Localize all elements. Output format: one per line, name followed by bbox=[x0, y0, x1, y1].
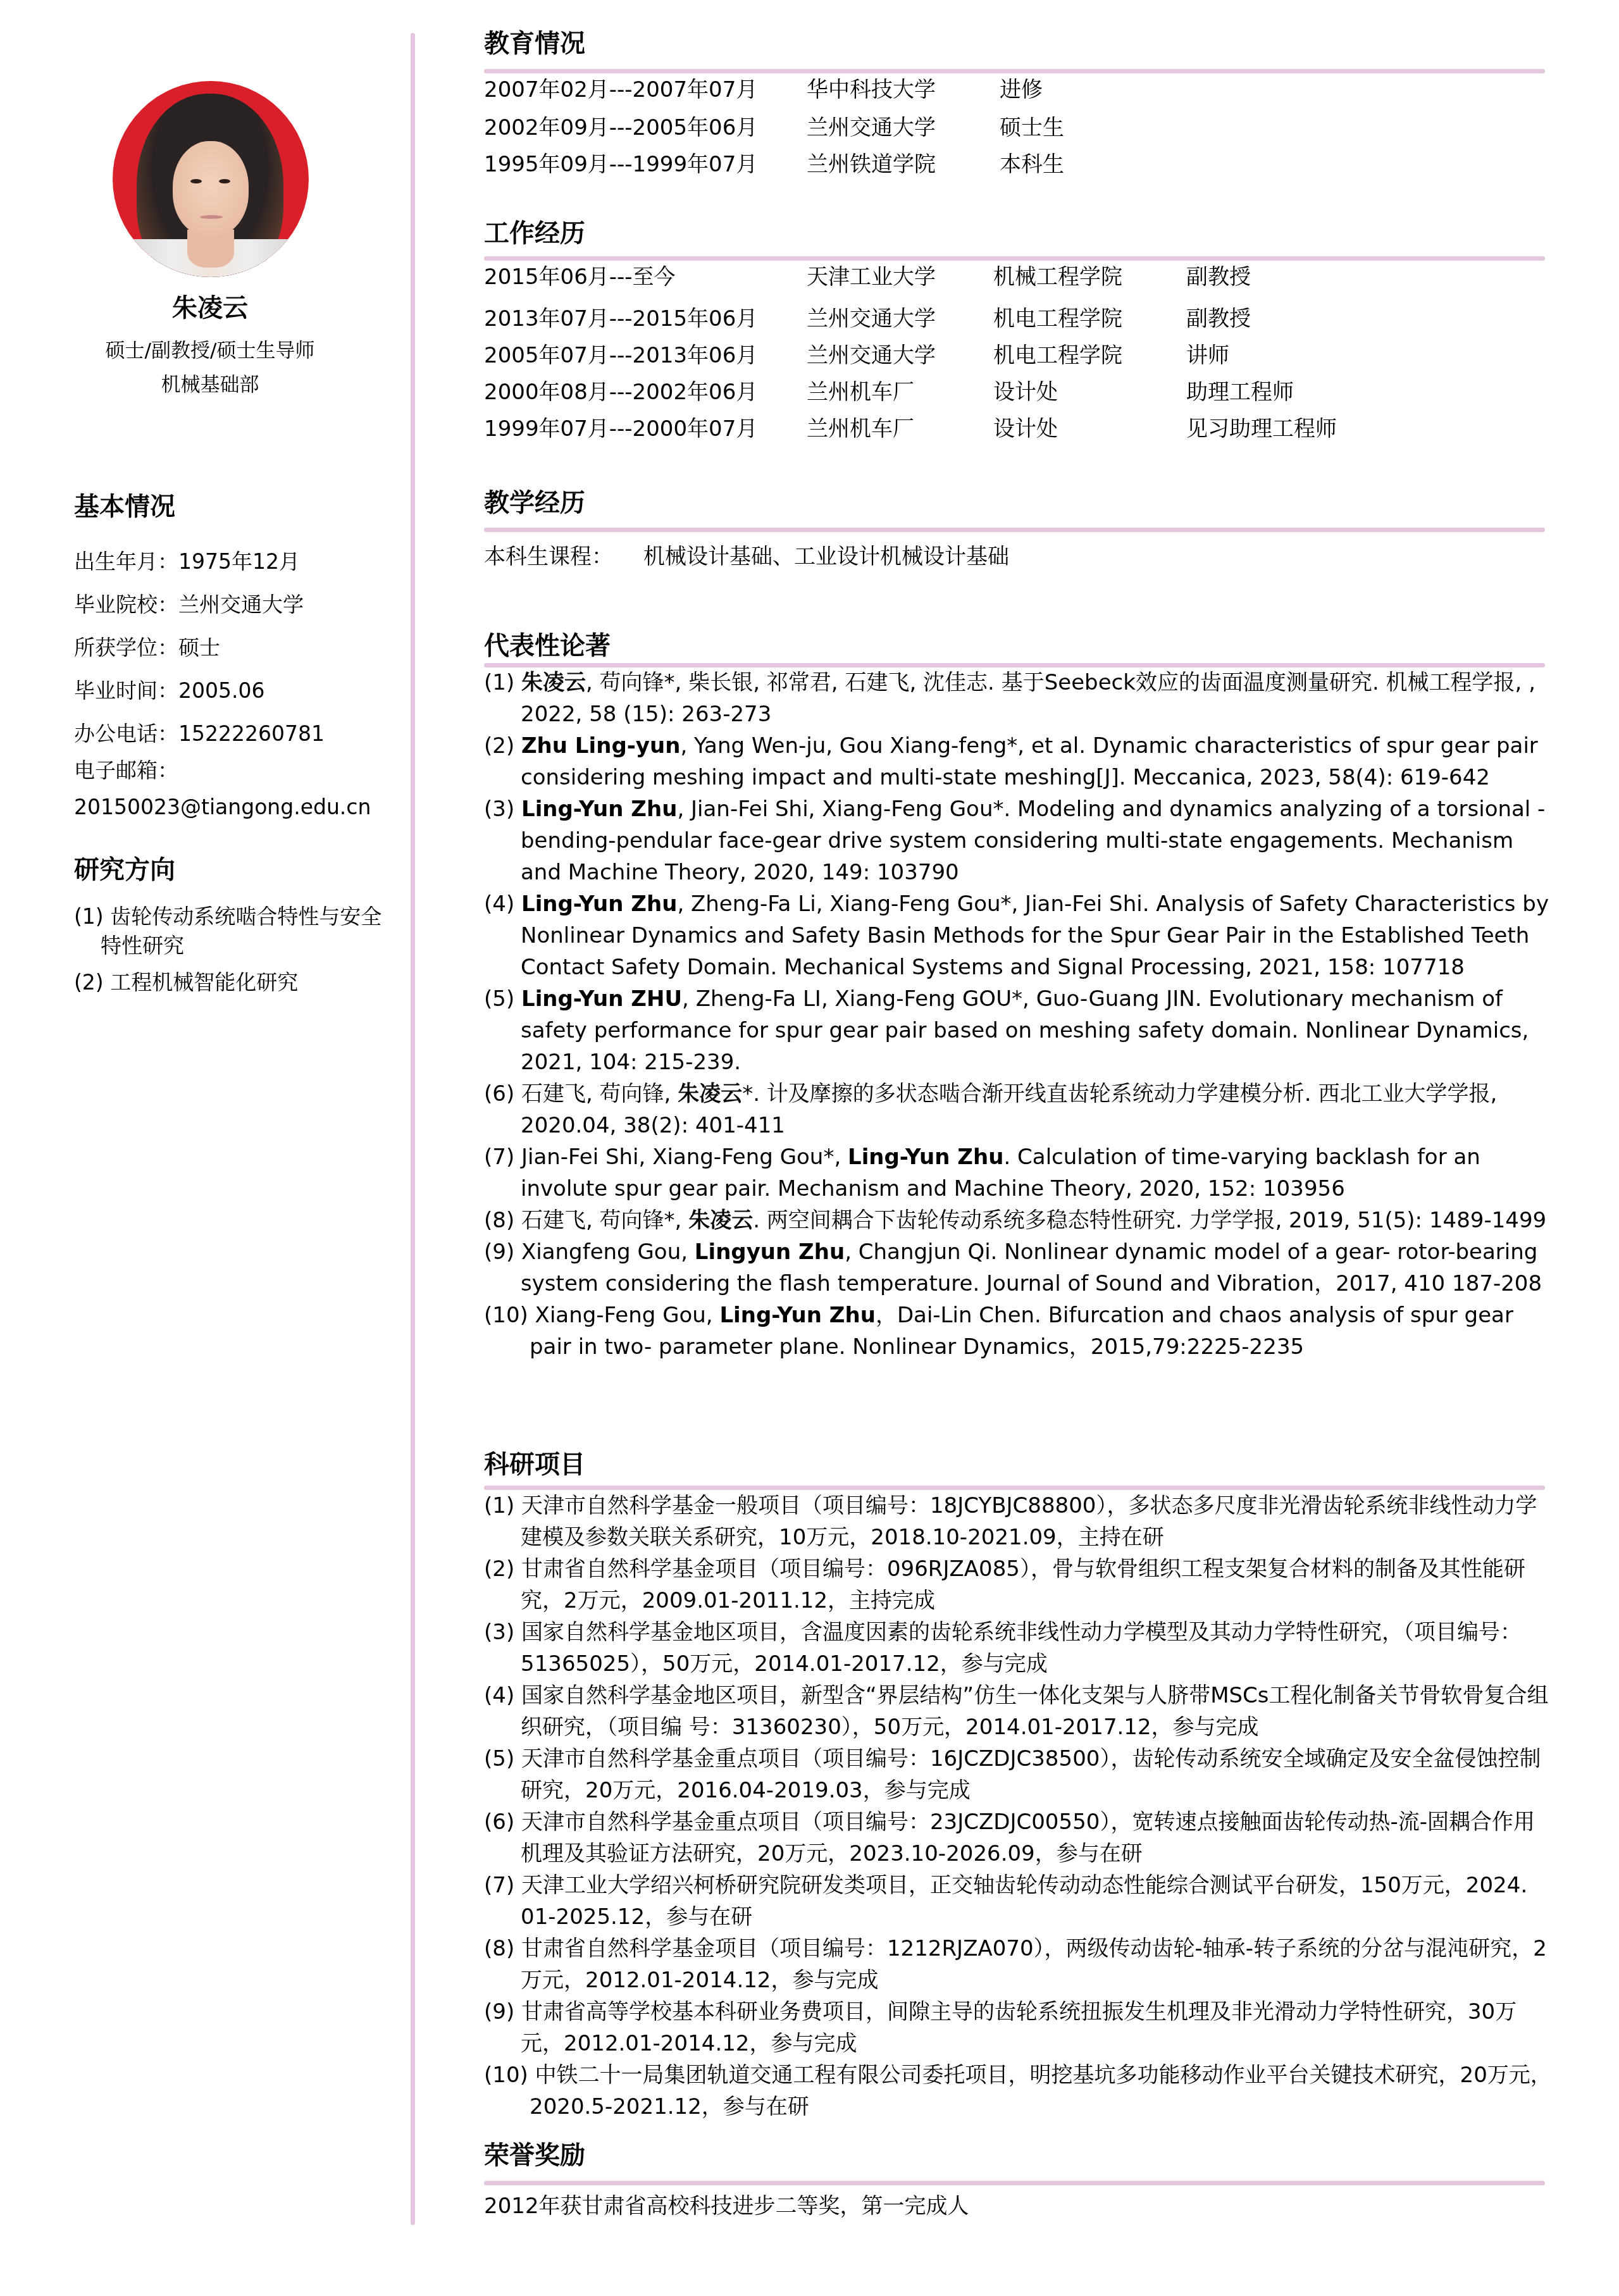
basic-row-email-label: 电子邮箱： bbox=[74, 757, 178, 785]
research-item: (1) 齿轮传动系统啮合特性与安全特性研究 bbox=[74, 902, 398, 960]
paper-number: (7) bbox=[484, 1145, 521, 1170]
work-period: 2005年07月---2013年06月 bbox=[484, 342, 757, 369]
project-item: (10) 中铁二十一局集团轨道交通工程有限公司委托项目，明挖基坑多功能移动作业平… bbox=[484, 2059, 1553, 2123]
work-period: 2015年06月---至今 bbox=[484, 263, 676, 291]
paper-number: (9) bbox=[484, 1239, 521, 1265]
work-position: 见习助理工程师 bbox=[1186, 415, 1337, 443]
project-item: (9) 甘肃省高等学校基本科研业务费项目，间隙主导的齿轮系统扭振发生机理及非光滑… bbox=[484, 1996, 1553, 2059]
edu-degree: 硕士生 bbox=[1000, 114, 1064, 142]
paper-authors-pre: Jian-Fei Shi, Xiang-Feng Gou*, bbox=[521, 1145, 848, 1170]
edu-period: 2002年09月---2005年06月 bbox=[484, 114, 757, 142]
research-heading: 研究方向 bbox=[74, 854, 175, 886]
paper-author-highlight: Ling-Yun ZHU bbox=[521, 986, 682, 1012]
paper-number: (8) bbox=[484, 1208, 521, 1233]
paper-author-highlight: Zhu Ling-yun bbox=[521, 733, 680, 759]
paper-item: (1) 朱凌云, 苟向锋*, 柴长银, 祁常君, 石建飞, 沈佳志. 基于See… bbox=[484, 667, 1553, 730]
edu-degree: 进修 bbox=[1000, 76, 1043, 104]
section-rule bbox=[484, 2181, 1545, 2185]
paper-citation: . 两空间耦合下齿轮传动系统多稳态特性研究. 力学学报, 2019, 51(5)… bbox=[753, 1208, 1546, 1233]
work-position: 助理工程师 bbox=[1186, 378, 1294, 406]
work-org: 兰州交通大学 bbox=[807, 342, 936, 369]
work-period: 2000年08月---2002年06月 bbox=[484, 378, 757, 406]
basic-row-graduation: 毕业时间：2005.06 bbox=[74, 677, 264, 705]
project-item: (7) 天津工业大学绍兴柯桥研究院研发类项目，正交轴齿轮传动动态性能综合测试平台… bbox=[484, 1870, 1553, 1933]
paper-item: (10) Xiang-Feng Gou, Ling-Yun Zhu，Dai-Li… bbox=[484, 1300, 1553, 1363]
work-org: 兰州机车厂 bbox=[807, 378, 914, 406]
teaching-row: 本科生课程：机械设计基础、工业设计机械设计基础 bbox=[484, 543, 1009, 571]
paper-number: (6) bbox=[484, 1081, 521, 1107]
teaching-value: 机械设计基础、工业设计机械设计基础 bbox=[643, 544, 1009, 569]
photo-mouth bbox=[200, 215, 223, 219]
work-heading: 工作经历 bbox=[484, 218, 585, 249]
basic-value: 硕士 bbox=[178, 635, 220, 660]
paper-item: (7) Jian-Fei Shi, Xiang-Feng Gou*, Ling-… bbox=[484, 1141, 1553, 1205]
paper-number: (2) bbox=[484, 733, 521, 759]
work-period: 2013年07月---2015年06月 bbox=[484, 305, 757, 333]
teaching-label: 本科生课程： bbox=[484, 544, 613, 569]
paper-item: (2) Zhu Ling-yun, Yang Wen-ju, Gou Xiang… bbox=[484, 730, 1553, 793]
paper-author-highlight: Ling-Yun Zhu bbox=[848, 1145, 1003, 1170]
work-position: 副教授 bbox=[1186, 305, 1251, 333]
edu-school: 兰州交通大学 bbox=[807, 114, 936, 142]
edu-school: 兰州铁道学院 bbox=[807, 151, 936, 178]
basic-label: 毕业院校： bbox=[74, 592, 178, 617]
paper-authors-pre: Xiang-Feng Gou, bbox=[535, 1303, 720, 1328]
paper-item: (4) Ling-Yun Zhu, Zheng-Fa Li, Xiang-Fen… bbox=[484, 888, 1553, 983]
project-item: (8) 甘肃省自然科学基金项目（项目编号：1212RJZA070），两级传动齿轮… bbox=[484, 1933, 1553, 1996]
paper-author-highlight: 朱凌云 bbox=[688, 1208, 753, 1233]
paper-item: (6) 石建飞, 苟向锋, 朱凌云*. 计及摩擦的多状态啮合渐开线直齿轮系统动力… bbox=[484, 1078, 1553, 1141]
paper-number: (4) bbox=[484, 891, 521, 917]
honors-heading: 荣誉奖励 bbox=[484, 2140, 585, 2171]
teaching-heading: 教学经历 bbox=[484, 487, 585, 519]
basic-value: 2005.06 bbox=[178, 678, 264, 703]
sidebar: 朱凌云 硕士/副教授/硕士生导师 机械基础部 基本情况 出生年月：1975年12… bbox=[0, 0, 405, 2296]
edu-period: 1995年09月---1999年07月 bbox=[484, 151, 757, 178]
section-rule bbox=[484, 1486, 1545, 1490]
work-org: 兰州交通大学 bbox=[807, 305, 936, 333]
section-rule bbox=[484, 528, 1545, 532]
section-rule bbox=[484, 256, 1545, 261]
basic-row-school: 毕业院校：兰州交通大学 bbox=[74, 591, 304, 619]
papers-list: (1) 朱凌云, 苟向锋*, 柴长银, 祁常君, 石建飞, 沈佳志. 基于See… bbox=[484, 667, 1553, 1363]
work-org: 天津工业大学 bbox=[807, 263, 936, 291]
paper-item: (3) Ling-Yun Zhu, Jian-Fei Shi, Xiang-Fe… bbox=[484, 793, 1553, 888]
photo-eye bbox=[190, 179, 202, 183]
section-rule bbox=[484, 69, 1545, 73]
basic-label: 毕业时间： bbox=[74, 678, 178, 703]
paper-author-highlight: Ling-Yun Zhu bbox=[521, 797, 677, 822]
basic-label: 所获学位： bbox=[74, 635, 178, 660]
profile-photo bbox=[113, 81, 309, 277]
paper-author-highlight: 朱凌云 bbox=[521, 670, 586, 695]
edu-degree: 本科生 bbox=[1000, 151, 1064, 178]
profile-title: 硕士/副教授/硕士生导师 bbox=[0, 338, 420, 363]
work-org: 兰州机车厂 bbox=[807, 415, 914, 443]
email-link[interactable]: 20150023@tiangong.edu.cn bbox=[74, 793, 371, 821]
work-period: 1999年07月---2000年07月 bbox=[484, 415, 757, 443]
photo-eye bbox=[219, 179, 230, 183]
work-dept: 设计处 bbox=[993, 378, 1058, 406]
project-item: (6) 天津市自然科学基金重点项目（项目编号：23JCZDJC00550），宽转… bbox=[484, 1806, 1553, 1870]
work-position: 讲师 bbox=[1186, 342, 1229, 369]
paper-author-highlight: Lingyun Zhu bbox=[695, 1239, 845, 1265]
paper-number: (1) bbox=[484, 670, 521, 695]
project-item: (4) 国家自然科学基金地区项目，新型含“界层结构”仿生一体化支架与人脐带MSC… bbox=[484, 1680, 1553, 1743]
profile-department: 机械基础部 bbox=[0, 372, 420, 397]
paper-item: (9) Xiangfeng Gou, Lingyun Zhu, Changjun… bbox=[484, 1236, 1553, 1300]
paper-number: (5) bbox=[484, 986, 521, 1012]
basic-label: 出生年月： bbox=[74, 549, 178, 574]
paper-authors-pre: Xiangfeng Gou, bbox=[521, 1239, 695, 1265]
basic-value: 15222260781 bbox=[178, 721, 325, 746]
work-position: 副教授 bbox=[1186, 263, 1251, 291]
paper-number: (3) bbox=[484, 797, 521, 822]
paper-author-highlight: 朱凌云 bbox=[678, 1081, 742, 1107]
papers-heading: 代表性论著 bbox=[484, 630, 611, 662]
work-dept: 机电工程学院 bbox=[993, 305, 1122, 333]
basic-row-degree: 所获学位：硕士 bbox=[74, 634, 220, 662]
paper-citation: , 苟向锋*, 柴长银, 祁常君, 石建飞, 沈佳志. 基于Seebeck效应的… bbox=[521, 670, 1535, 727]
paper-authors-pre: 石建飞, 苟向锋*, bbox=[521, 1208, 688, 1233]
paper-item: (5) Ling-Yun ZHU, Zheng-Fa LI, Xiang-Fen… bbox=[484, 983, 1553, 1078]
project-item: (2) 甘肃省自然科学基金项目（项目编号：096RJZA085），骨与软骨组织工… bbox=[484, 1553, 1553, 1617]
basic-info-heading: 基本情况 bbox=[74, 491, 175, 523]
paper-author-highlight: Ling-Yun Zhu bbox=[719, 1303, 875, 1328]
research-item: (2) 工程机械智能化研究 bbox=[74, 968, 398, 997]
photo-face bbox=[173, 141, 249, 236]
basic-row-birth: 出生年月：1975年12月 bbox=[74, 548, 300, 576]
basic-label: 办公电话： bbox=[74, 721, 178, 746]
edu-school: 华中科技大学 bbox=[807, 76, 936, 104]
work-dept: 机电工程学院 bbox=[993, 342, 1122, 369]
project-item: (5) 天津市自然科学基金重点项目（项目编号：16JCZDJC38500），齿轮… bbox=[484, 1743, 1553, 1806]
paper-item: (8) 石建飞, 苟向锋*, 朱凌云. 两空间耦合下齿轮传动系统多稳态特性研究.… bbox=[484, 1205, 1553, 1236]
projects-heading: 科研项目 bbox=[484, 1449, 585, 1480]
honor-item: 2012年获甘肃省高校科技进步二等奖，第一完成人 bbox=[484, 2192, 969, 2220]
project-item: (1) 天津市自然科学基金一般项目（项目编号：18JCYBJC88800），多状… bbox=[484, 1490, 1553, 1553]
work-dept: 设计处 bbox=[993, 415, 1058, 443]
basic-value: 1975年12月 bbox=[178, 549, 300, 574]
basic-value: 兰州交通大学 bbox=[178, 592, 304, 617]
edu-period: 2007年02月---2007年07月 bbox=[484, 76, 757, 104]
projects-list: (1) 天津市自然科学基金一般项目（项目编号：18JCYBJC88800），多状… bbox=[484, 1490, 1553, 2123]
basic-row-phone: 办公电话：15222260781 bbox=[74, 720, 325, 748]
paper-authors-pre: 石建飞, 苟向锋, bbox=[521, 1081, 678, 1107]
project-item: (3) 国家自然科学基金地区项目，含温度因素的齿轮系统非线性动力学模型及其动力学… bbox=[484, 1617, 1553, 1680]
paper-author-highlight: Ling-Yun Zhu bbox=[521, 891, 677, 917]
paper-number: (10) bbox=[484, 1303, 535, 1328]
profile-name: 朱凌云 bbox=[0, 292, 420, 324]
work-dept: 机械工程学院 bbox=[993, 263, 1122, 291]
vertical-divider bbox=[411, 33, 415, 2225]
education-heading: 教育情况 bbox=[484, 28, 585, 59]
